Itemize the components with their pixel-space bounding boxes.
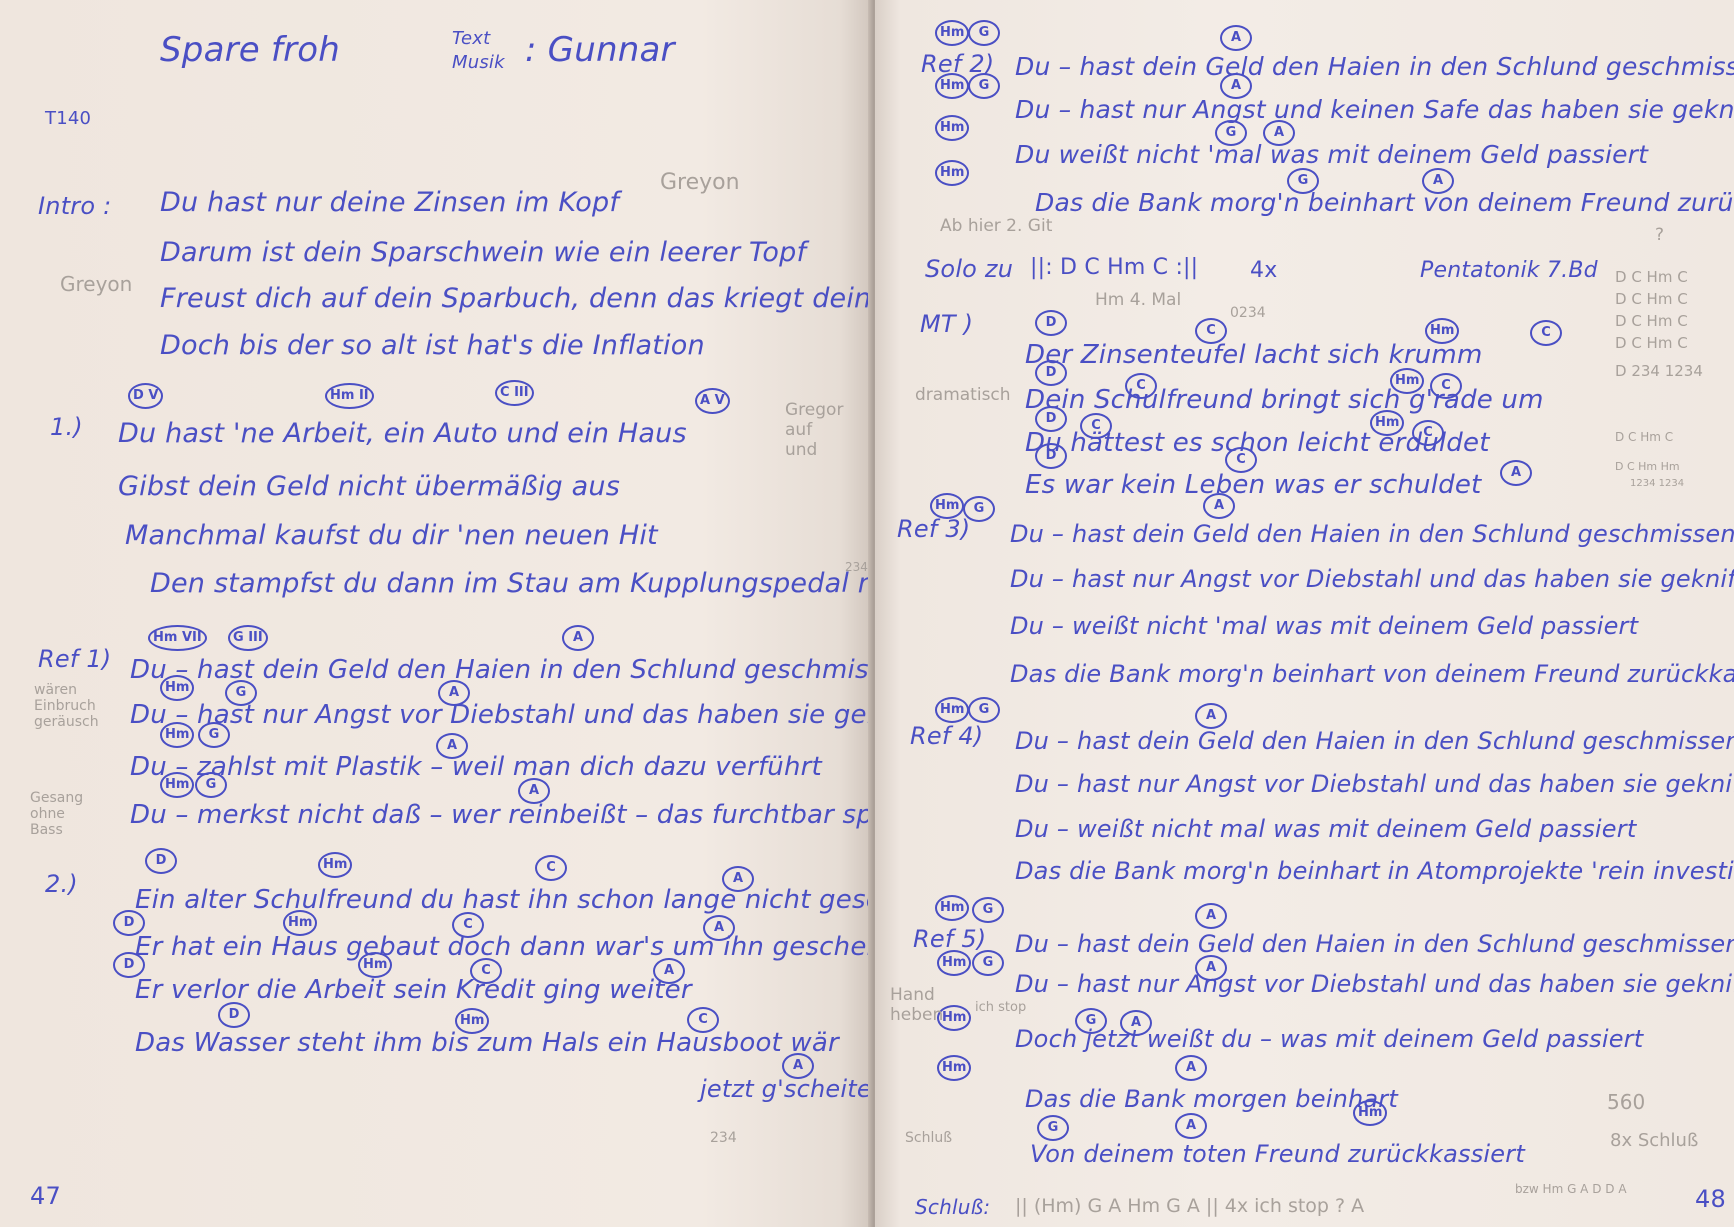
- ref5-line-1: Du – hast dein Geld den Haien in den Sch…: [1015, 930, 1734, 958]
- chord-badge: Hm: [935, 73, 969, 99]
- pencil-note-dramatic: dramatisch: [915, 385, 1011, 405]
- chord-badge: Hm: [935, 895, 969, 921]
- intro-label: Intro :: [38, 192, 111, 220]
- verse2-line-1: Ein alter Schulfreund du hast ihn schon …: [135, 885, 875, 915]
- chord-badge: A: [1500, 460, 1532, 486]
- chord-badge: D: [1035, 360, 1067, 386]
- chord-badge: A: [1175, 1055, 1207, 1081]
- ref1-line-4: Du – merkst nicht daß – wer reinbeißt – …: [130, 800, 875, 830]
- mt-line-2: Dein Schulfreund bringt sich g'rade um: [1025, 385, 1544, 415]
- ref1-line-3: Du – zahlst mit Plastik – weil man dich …: [130, 752, 822, 782]
- ref2-line-2: Du – hast nur Angst und keinen Safe das …: [1015, 95, 1734, 124]
- solo-progression: ||: D C Hm C :||: [1030, 255, 1198, 280]
- ref1-line-2: Du – hast nur Angst vor Diebstahl und da…: [130, 700, 875, 730]
- chord-badge: A: [1203, 493, 1235, 519]
- pencil-note-ref1-a: wären Einbruch geräusch: [34, 682, 104, 730]
- solo-label: Solo zu: [925, 255, 1013, 283]
- intro-line-4: Doch bis der so alt ist hat's die Inflat…: [160, 330, 705, 361]
- pencil-note-8x-end: 8x Schluß: [1610, 1130, 1698, 1151]
- credit-label-text: Text: [452, 28, 490, 49]
- pencil-note-verse1: Gregor auf und: [785, 400, 845, 460]
- solo-scale: Pentatonik 7.Bd: [1420, 258, 1598, 283]
- chord-badge: G: [198, 722, 230, 748]
- chord-badge: Hm: [935, 160, 969, 186]
- chord-badge: A: [1195, 703, 1227, 729]
- notebook-spread: Spare froh Text Musik : Gunnar T140 Intr…: [0, 0, 1734, 1227]
- chord-badge: G: [968, 20, 1000, 46]
- verse2-line-5: jetzt g'scheiter: [700, 1075, 875, 1103]
- verse1-label: 1.): [50, 413, 83, 441]
- chord-badge: A V: [695, 388, 730, 414]
- ref2-line-1: Du – hast dein Geld den Haien in den Sch…: [1015, 52, 1734, 81]
- chord-badge: A: [1175, 1113, 1207, 1139]
- right-page: Ref 2) Hm G A Du – hast dein Geld den Ha…: [875, 0, 1734, 1227]
- verse2-line-3: Er verlor die Arbeit sein Kredit ging we…: [135, 975, 692, 1005]
- ref2-line-4: Das die Bank morg'n beinhart von deinem …: [1035, 188, 1734, 217]
- pencil-note-second-guitar: Ab hier 2. Git: [940, 216, 1052, 236]
- ref4-line-2: Du – hast nur Angst vor Diebstahl und da…: [1015, 770, 1734, 798]
- intro-line-3: Freust dich auf dein Sparbuch, denn das …: [160, 283, 875, 314]
- credit-name-text: Gunnar: [548, 30, 675, 70]
- credit-name: : Gunnar: [525, 30, 675, 70]
- chord-badge: Hm: [937, 1055, 971, 1081]
- chord-badge: G: [968, 73, 1000, 99]
- chord-badge: G III: [228, 625, 268, 651]
- intro-line-2: Darum ist dein Sparschwein wie ein leere…: [160, 237, 806, 268]
- pencil-note-greyon-1: Greyon: [660, 170, 740, 195]
- mt-label: MT ): [920, 310, 973, 338]
- ref5-line-2: Du – hast nur Angst vor Diebstahl und da…: [1015, 970, 1734, 998]
- page-number-left: 47: [30, 1182, 61, 1210]
- ref4-label: Ref 4): [910, 722, 983, 750]
- ref3-line-4: Das die Bank morg'n beinhart von deinem …: [1010, 660, 1734, 688]
- verse1-line-1: Du hast 'ne Arbeit, ein Auto und ein Hau…: [118, 418, 687, 449]
- chord-badge: G: [1037, 1115, 1069, 1141]
- pencil-note-count-2: 234: [710, 1130, 737, 1146]
- chord-badge: A: [1195, 903, 1227, 929]
- pencil-margin-progression: D C Hm C: [1615, 312, 1688, 330]
- ref5-line-5: Von deinem toten Freund zurückkassiert: [1030, 1140, 1525, 1168]
- ending-progression: || (Hm) G A Hm G A || 4x ich stop ? A: [1015, 1195, 1364, 1217]
- ending-alternative: bzw Hm G A D D A: [1515, 1182, 1627, 1196]
- pencil-margin-count: D 234 1234: [1615, 362, 1703, 380]
- pencil-note-stop: ich stop: [975, 1000, 1026, 1015]
- ref5-line-4: Das die Bank morgen beinhart: [1025, 1085, 1398, 1113]
- chord-badge: Hm II: [325, 383, 374, 409]
- ref3-line-3: Du – weißt nicht 'mal was mit deinem Gel…: [1010, 612, 1638, 640]
- pencil-note-count-3: 0234: [1230, 305, 1266, 321]
- chord-badge: Hm: [1353, 1100, 1387, 1126]
- pencil-margin-count: 1234 1234: [1630, 478, 1684, 489]
- solo-repeat: 4x: [1250, 258, 1277, 283]
- ref3-label: Ref 3): [897, 515, 970, 543]
- chord-badge: Hm: [937, 950, 971, 976]
- ref3-line-1: Du – hast dein Geld den Haien in den Sch…: [1010, 520, 1734, 548]
- ref1-label: Ref 1): [38, 645, 111, 673]
- chord-badge: G: [972, 897, 1004, 923]
- credit-label-music: Musik: [452, 52, 505, 73]
- pencil-margin-progression: D C Hm C: [1615, 290, 1688, 308]
- chord-badge: D: [1035, 443, 1067, 469]
- chord-badge: Hm: [935, 20, 969, 46]
- chord-badge: C: [535, 855, 567, 881]
- chord-badge: Hm: [160, 772, 194, 798]
- pencil-margin-progression: D C Hm Hm: [1615, 460, 1680, 473]
- verse2-line-2: Er hat ein Haus gebaut doch dann war's u…: [135, 932, 875, 962]
- verse1-line-3: Manchmal kaufst du dir 'nen neuen Hit: [125, 520, 658, 551]
- left-page: Spare froh Text Musik : Gunnar T140 Intr…: [0, 0, 875, 1227]
- chord-badge: D: [145, 848, 177, 874]
- pencil-note-end: Schluß: [905, 1130, 952, 1146]
- chord-badge: Hm: [935, 697, 969, 723]
- chord-badge: Hm: [160, 722, 194, 748]
- chord-badge: Hm VII: [148, 625, 207, 651]
- verse1-line-4: Den stampfst du dann im Stau am Kupplung…: [150, 568, 875, 599]
- verse2-label: 2.): [45, 870, 78, 898]
- chord-badge: Hm: [935, 115, 969, 141]
- ref4-line-3: Du – weißt nicht mal was mit deinem Geld…: [1015, 815, 1636, 843]
- chord-badge: D: [1035, 310, 1067, 336]
- pencil-note-solo: Hm 4. Mal: [1095, 290, 1181, 310]
- ref2-line-3: Du weißt nicht 'mal was mit deinem Geld …: [1015, 140, 1648, 169]
- pencil-note-count: 234: [845, 560, 868, 574]
- mt-line-3: Du hättest es schon leicht erduldet: [1025, 428, 1490, 458]
- mt-line-4: Es war kein Leben was er schuldet: [1025, 470, 1481, 500]
- ref4-line-4: Das die Bank morg'n beinhart in Atomproj…: [1015, 857, 1734, 885]
- song-title: Spare froh: [160, 30, 340, 70]
- chord-badge: G: [968, 697, 1000, 723]
- tempo-marking: T140: [45, 108, 91, 129]
- chord-badge: G: [195, 772, 227, 798]
- pencil-note-greyon-2: Greyon: [60, 272, 132, 296]
- pencil-note-question: ?: [1655, 225, 1664, 245]
- chord-badge: A: [1220, 25, 1252, 51]
- chord-badge: A: [562, 625, 594, 651]
- chord-badge: D V: [128, 383, 163, 409]
- intro-line-1: Du hast nur deine Zinsen im Kopf: [160, 187, 619, 218]
- pencil-margin-progression: D C Hm C: [1615, 430, 1673, 444]
- mt-line-1: Der Zinsenteufel lacht sich krumm: [1025, 340, 1483, 370]
- ending-label: Schluß:: [915, 1195, 990, 1219]
- pencil-note-hands-up: Hand heben: [890, 985, 950, 1025]
- pencil-margin-progression: D C Hm C: [1615, 334, 1688, 352]
- ref4-line-1: Du – hast dein Geld den Haien in den Sch…: [1015, 727, 1734, 755]
- chord-badge: Hm: [318, 852, 352, 878]
- chord-badge: D: [218, 1002, 250, 1028]
- chord-badge: G: [972, 950, 1004, 976]
- pencil-margin-progression: D C Hm C: [1615, 268, 1688, 286]
- verse1-line-2: Gibst dein Geld nicht übermäßig aus: [118, 471, 620, 502]
- page-number-right: 48: [1695, 1185, 1726, 1213]
- pencil-note-560: 560: [1607, 1090, 1645, 1114]
- pencil-note-ref1-b: Gesang ohne Bass: [30, 790, 100, 838]
- ref5-label: Ref 5): [913, 925, 986, 953]
- ref3-line-2: Du – hast nur Angst vor Diebstahl und da…: [1010, 565, 1734, 593]
- verse2-line-4: Das Wasser steht ihm bis zum Hals ein Ha…: [135, 1028, 839, 1058]
- chord-badge: G: [963, 496, 995, 522]
- chord-badge: C III: [495, 380, 534, 406]
- chord-badge: C: [1530, 320, 1562, 346]
- ref5-line-3: Doch jetzt weißt du – was mit deinem Gel…: [1015, 1025, 1643, 1053]
- chord-badge: Hm: [160, 675, 194, 701]
